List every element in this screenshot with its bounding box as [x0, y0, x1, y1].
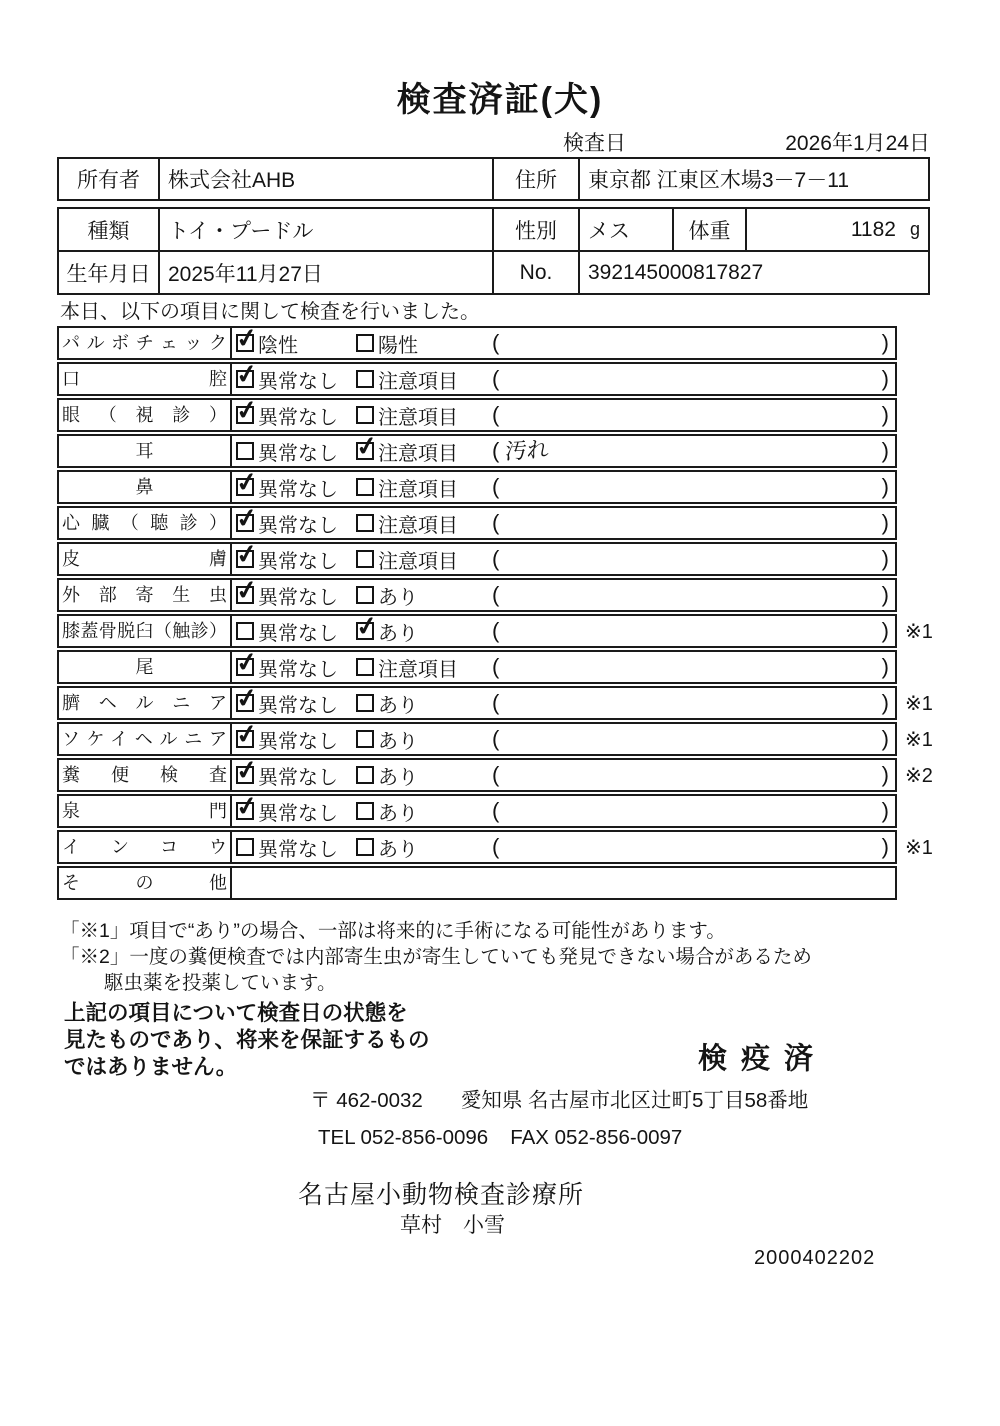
footnotes: 「※1」項目で“あり”の場合、一部は将来的に手術になる可能性があります。 「※2… [60, 918, 812, 996]
option-positive: 陽性 [356, 328, 418, 358]
paren-close: ) [882, 402, 889, 428]
clinic-name: 名古屋小動物検査診療所 [298, 1175, 584, 1211]
checkbox[interactable] [356, 442, 374, 460]
option-present: あり [356, 760, 418, 790]
paren-open: ( [492, 582, 499, 608]
option-normal: 異常なし [236, 688, 338, 718]
option-normal: 異常なし [236, 724, 338, 754]
footnote-2-continued: 駆虫薬を投薬しています。 [60, 970, 812, 996]
disclaimer-line-2: 見たものであり、将来を保証するもの [64, 1027, 430, 1054]
checkbox[interactable] [356, 802, 374, 820]
item-label: ソケイヘルニア [59, 724, 232, 754]
option-label: 注意項目 [378, 437, 458, 466]
option-label: 異常なし [258, 725, 338, 754]
disclaimer-line-1: 上記の項目について検査日の状態を [64, 1000, 430, 1027]
option-normal: 異常なし [236, 616, 338, 646]
option-normal: 異常なし [236, 400, 338, 430]
item-label: インコウ [59, 832, 232, 862]
paren-close: ) [882, 546, 889, 572]
footnote-2: 「※2」一度の糞便検査では内部寄生虫が寄生していても発見できない場合があるため [60, 944, 812, 970]
option-caution: 注意項目 [356, 436, 458, 466]
option-present: あり [356, 688, 418, 718]
checkbox[interactable] [356, 622, 374, 640]
item-label: 眼（視診） [59, 400, 232, 430]
checkbox[interactable] [356, 334, 374, 352]
checklist-row-inguinal-hernia: ソケイヘルニア 異常なし あり () ※1 [57, 722, 997, 756]
item-label: 臍ヘルニア [59, 688, 232, 718]
owner-table: 所有者 株式会社AHB 住所 東京都 江東区木場3－7－11 [57, 157, 930, 201]
checkbox[interactable] [236, 550, 254, 568]
paren-open: ( [492, 474, 499, 500]
clinic-fax: FAX 052-856-0097 [510, 1126, 682, 1149]
breed-value: トイ・プードル [160, 209, 494, 250]
item-label: パルボチェック [59, 328, 232, 358]
item-label: その他 [59, 868, 232, 898]
checklist-row-ectoparasites: 外部寄生虫 異常なし あり () [57, 578, 997, 612]
checkbox[interactable] [236, 802, 254, 820]
document-code: 2000402202 [754, 1247, 875, 1270]
paren-close: ) [882, 654, 889, 680]
clinic-tel: TEL 052-856-0096 [318, 1126, 488, 1149]
checkbox[interactable] [236, 334, 254, 352]
option-normal: 異常なし [236, 652, 338, 682]
option-label: あり [378, 617, 418, 646]
postal-code: 〒 462-0032 [310, 1089, 423, 1112]
checkbox[interactable] [236, 730, 254, 748]
remark-parens: () [492, 724, 889, 754]
breed-label: 種類 [59, 209, 160, 250]
option-negative: 陰性 [236, 328, 298, 358]
paren-open: ( [492, 726, 499, 752]
option-present: あり [356, 616, 418, 646]
checklist-row-ears: 耳 異常なし 注意項目 (汚れ) [57, 434, 997, 468]
paren-close: ) [882, 474, 889, 500]
checklist-row-nose: 鼻 異常なし 注意項目 () [57, 470, 997, 504]
paren-open: ( [492, 798, 499, 824]
item-label: 口腔 [59, 364, 232, 394]
option-label: あり [378, 581, 418, 610]
paren-open: ( [492, 654, 499, 680]
option-normal: 異常なし [236, 508, 338, 538]
option-present: あり [356, 724, 418, 754]
checkbox[interactable] [356, 370, 374, 388]
option-label: 異常なし [258, 545, 338, 574]
footnote-mark: ※1 [897, 835, 965, 860]
checklist-row-heart: 心臓（聴診） 異常なし 注意項目 () [57, 506, 997, 540]
checkbox[interactable] [356, 550, 374, 568]
option-label: 注意項目 [378, 401, 458, 430]
birth-label: 生年月日 [59, 252, 160, 293]
option-label: 異常なし [258, 509, 338, 538]
option-normal: 異常なし [236, 436, 338, 466]
intro-text: 本日、以下の項目に関して検査を行いました。 [60, 295, 480, 324]
address-value: 東京都 江東区木場3－7－11 [580, 159, 928, 199]
paren-close: ) [882, 618, 889, 644]
option-label: 注意項目 [378, 473, 458, 502]
paren-close: ) [882, 690, 889, 716]
paren-close: ) [882, 798, 889, 824]
option-normal: 異常なし [236, 760, 338, 790]
sex-label: 性別 [494, 209, 580, 250]
paren-open: ( [492, 330, 499, 356]
checklist-row-eyes: 眼（視診） 異常なし 注意項目 () [57, 398, 997, 432]
handwritten-note: 汚れ [499, 433, 551, 467]
address-label: 住所 [494, 159, 580, 199]
remark-parens: () [492, 544, 889, 574]
paren-close: ) [882, 330, 889, 356]
footnote-mark: ※2 [897, 763, 965, 788]
checklist-row-other: その他 [57, 866, 997, 900]
checkbox[interactable] [356, 586, 374, 604]
paren-close: ) [882, 582, 889, 608]
weight-value: 1182 g [747, 209, 928, 250]
checklist-row-umbilical-hernia: 臍ヘルニア 異常なし あり () ※1 [57, 686, 997, 720]
option-label: 注意項目 [378, 545, 458, 574]
remark-parens: () [492, 796, 889, 826]
option-label: 異常なし [258, 761, 338, 790]
option-present: あり [356, 832, 418, 862]
footnote-mark: ※1 [897, 619, 965, 644]
checkbox[interactable] [356, 838, 374, 856]
option-label: 異常なし [258, 473, 338, 502]
owner-value: 株式会社AHB [160, 159, 494, 199]
checkbox[interactable] [356, 514, 374, 532]
option-caution: 注意項目 [356, 652, 458, 682]
paren-close: ) [882, 762, 889, 788]
weight-label: 体重 [674, 209, 747, 250]
disclaimer: 上記の項目について検査日の状態を 見たものであり、将来を保証するもの ではありま… [64, 1000, 430, 1081]
remark-parens: () [492, 508, 889, 538]
certificate-page: 検査済証(犬) 検査日 2026年1月24日 所有者 株式会社AHB 住所 東京… [0, 0, 1000, 1426]
item-label: 鼻 [59, 472, 232, 502]
remark-parens: () [492, 580, 889, 610]
page-title: 検査済証(犬) [0, 72, 1000, 121]
remark-parens: () [492, 472, 889, 502]
option-present: あり [356, 796, 418, 826]
option-present: あり [356, 580, 418, 610]
disclaimer-line-3: ではありません。 [64, 1054, 430, 1081]
paren-open: ( [492, 546, 499, 572]
checklist-row-fecal-exam: 糞便検査 異常なし あり () ※2 [57, 758, 997, 792]
footnote-mark: ※1 [897, 691, 965, 716]
clinic-contact-line: TEL 052-856-0096FAX 052-856-0097 [318, 1126, 682, 1150]
paren-open: ( [492, 366, 499, 392]
checkbox[interactable] [236, 478, 254, 496]
checkbox[interactable] [356, 694, 374, 712]
checkbox[interactable] [236, 370, 254, 388]
remark-parens: () [492, 652, 889, 682]
birth-row: 生年月日 2025年11月27日 No. 392145000817827 [59, 250, 928, 293]
option-label: 異常なし [258, 653, 338, 682]
checklist-row-tail: 尾 異常なし 注意項目 () [57, 650, 997, 684]
paren-close: ) [882, 438, 889, 464]
item-label: 外部寄生虫 [59, 580, 232, 610]
remark-parens: () [492, 760, 889, 790]
checkbox[interactable] [236, 406, 254, 424]
option-label: あり [378, 725, 418, 754]
clinic-address: 愛知県 名古屋市北区辻町5丁目58番地 [461, 1089, 808, 1112]
option-label: 異常なし [258, 581, 338, 610]
weight-unit: g [910, 219, 920, 240]
paren-close: ) [882, 510, 889, 536]
checklist-row-mouth: 口腔 異常なし 注意項目 () [57, 362, 997, 396]
option-label: あり [378, 833, 418, 862]
option-label: 異常なし [258, 365, 338, 394]
item-label: 耳 [59, 436, 232, 466]
owner-label: 所有者 [59, 159, 160, 199]
remark-parens: () [492, 328, 889, 358]
paren-open: ( [492, 762, 499, 788]
paren-open: ( [492, 834, 499, 860]
paren-open: ( [492, 402, 499, 428]
option-normal: 異常なし [236, 796, 338, 826]
option-label: 注意項目 [378, 509, 458, 538]
checkbox[interactable] [356, 766, 374, 784]
option-normal: 異常なし [236, 472, 338, 502]
option-label: 異常なし [258, 689, 338, 718]
veterinarian-name: 草村 小雪 [400, 1209, 505, 1239]
footnote-mark: ※1 [897, 727, 965, 752]
checkbox[interactable] [236, 514, 254, 532]
quarantine-stamp: 検疫済 [698, 1036, 827, 1077]
checklist-row-patella: 膝蓋骨脱臼（触診） 異常なし あり () ※1 [57, 614, 997, 648]
option-caution: 注意項目 [356, 364, 458, 394]
footnote-1: 「※1」項目で“あり”の場合、一部は将来的に手術になる可能性があります。 [60, 918, 812, 944]
option-caution: 注意項目 [356, 508, 458, 538]
remark-parens: () [492, 688, 889, 718]
option-label: 注意項目 [378, 365, 458, 394]
checklist-row-parvo: パルボチェック 陰性 陽性 () [57, 326, 997, 360]
option-caution: 注意項目 [356, 544, 458, 574]
item-label: 心臓（聴診） [59, 508, 232, 538]
option-normal: 異常なし [236, 832, 338, 862]
paren-open: ( [492, 510, 499, 536]
option-normal: 異常なし [236, 364, 338, 394]
option-normal: 異常なし [236, 544, 338, 574]
checkbox[interactable] [356, 658, 374, 676]
no-value: 392145000817827 [580, 252, 928, 293]
option-label: 異常なし [258, 617, 338, 646]
checkbox[interactable] [236, 658, 254, 676]
sex-value: メス [580, 209, 674, 250]
item-label: 皮膚 [59, 544, 232, 574]
inspection-date-value: 2026年1月24日 [785, 127, 930, 157]
option-label: 陰性 [258, 329, 298, 358]
checklist-row-fontanelle: 泉門 異常なし あり () [57, 794, 997, 828]
option-label: あり [378, 797, 418, 826]
owner-row: 所有者 株式会社AHB 住所 東京都 江東区木場3－7－11 [59, 159, 928, 199]
checkbox[interactable] [236, 838, 254, 856]
remark-parens: () [492, 616, 889, 646]
option-label: 異常なし [258, 833, 338, 862]
no-label: No. [494, 252, 580, 293]
paren-close: ) [882, 726, 889, 752]
remark-parens: () [492, 400, 889, 430]
item-label: 尾 [59, 652, 232, 682]
paren-open: ( [492, 618, 499, 644]
option-label: あり [378, 689, 418, 718]
checkbox[interactable] [236, 586, 254, 604]
birth-value: 2025年11月27日 [160, 252, 494, 293]
option-label: 異常なし [258, 401, 338, 430]
option-normal: 異常なし [236, 580, 338, 610]
pet-info-table: 種類 トイ・プードル 性別 メス 体重 1182 g 生年月日 2025年11月… [57, 207, 930, 295]
paren-close: ) [882, 834, 889, 860]
option-label: 陽性 [378, 329, 418, 358]
checkbox[interactable] [236, 694, 254, 712]
option-caution: 注意項目 [356, 472, 458, 502]
checkbox[interactable] [356, 730, 374, 748]
weight-number: 1182 [851, 218, 896, 242]
remark-parens: (汚れ) [492, 436, 889, 466]
checklist-table: パルボチェック 陰性 陽性 () 口腔 異常なし 注意項目 () [57, 326, 997, 902]
checkbox[interactable] [236, 622, 254, 640]
option-label: 注意項目 [378, 653, 458, 682]
checkbox[interactable] [236, 766, 254, 784]
item-label: 糞便検査 [59, 760, 232, 790]
item-label: 膝蓋骨脱臼（触診） [59, 616, 232, 646]
clinic-address-line: 〒 462-0032愛知県 名古屋市北区辻町5丁目58番地 [310, 1083, 808, 1113]
option-label: 異常なし [258, 797, 338, 826]
option-label: 異常なし [258, 437, 338, 466]
item-label: 泉門 [59, 796, 232, 826]
checkbox[interactable] [236, 442, 254, 460]
option-caution: 注意項目 [356, 400, 458, 430]
checklist-row-cryptorchidism: インコウ 異常なし あり () ※1 [57, 830, 997, 864]
inspection-date-row: 検査日 2026年1月24日 [563, 127, 930, 157]
remark-parens: () [492, 364, 889, 394]
other-empty-area [232, 868, 895, 898]
paren-open: ( [492, 690, 499, 716]
remark-parens: () [492, 832, 889, 862]
paren-close: ) [882, 366, 889, 392]
breed-row: 種類 トイ・プードル 性別 メス 体重 1182 g [59, 209, 928, 250]
checkbox[interactable] [356, 406, 374, 424]
checklist-row-skin: 皮膚 異常なし 注意項目 () [57, 542, 997, 576]
checkbox[interactable] [356, 478, 374, 496]
option-label: あり [378, 761, 418, 790]
inspection-date-label: 検査日 [563, 127, 626, 157]
